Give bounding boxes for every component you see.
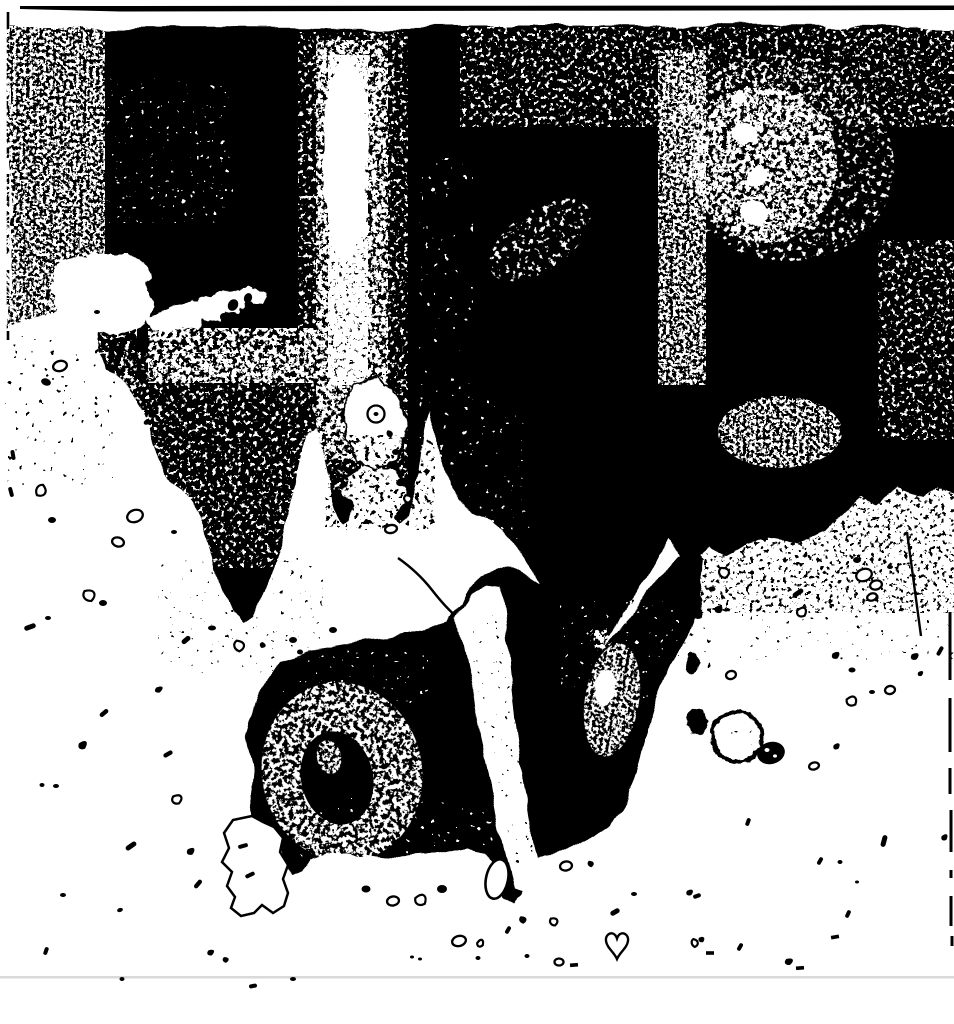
droplet-dot: [869, 690, 875, 694]
bottom-edge-line: [0, 976, 954, 979]
droplet-dot: [171, 530, 177, 534]
chunk-lower-texture: [470, 400, 530, 540]
right-low-spatter: [740, 600, 954, 660]
cheek-band-texture: [148, 328, 333, 383]
droplet-dash: [796, 966, 804, 970]
right-edge-texture: [878, 240, 954, 440]
droplet-dot: [297, 650, 303, 655]
blob-top-speck-texture: [283, 648, 428, 703]
left-column-texture: [5, 26, 105, 331]
droplet-ring: [559, 861, 572, 872]
blob-bottom-speck-texture: [298, 798, 508, 858]
droplet-dot: [437, 885, 447, 893]
droplet-dot: [855, 881, 859, 884]
droplet-dot: [838, 860, 843, 864]
droplet-ring: [386, 896, 399, 907]
drip-spur-2: [685, 653, 699, 673]
droplet-dot: [48, 517, 56, 523]
cheek-texture: [118, 352, 325, 568]
stream-speckle-bright: [328, 55, 368, 385]
droplet-dot: [289, 637, 297, 643]
droplet-dot: [40, 783, 45, 787]
droplet-dot: [525, 954, 530, 958]
drip-spur-1: [686, 595, 702, 619]
splash-print-canvas: [0, 0, 954, 1024]
droplet-dot: [476, 956, 481, 960]
droplet-dot: [374, 412, 379, 416]
rose-knot-1: [732, 123, 758, 145]
left-margin-spatter: [5, 335, 115, 485]
blob-right-speck-texture: [560, 600, 680, 700]
droplet-ring: [555, 959, 564, 966]
droplet-dot: [853, 557, 861, 563]
droplet-dot: [329, 627, 337, 633]
pendant-glint-1: [765, 748, 770, 752]
droplet-dot: [220, 313, 228, 321]
droplet-dot: [290, 977, 296, 981]
droplet-ring: [884, 685, 895, 695]
rose-knot-2: [747, 167, 767, 185]
droplet-dot: [849, 668, 856, 673]
right-band-texture: [718, 396, 842, 468]
droplet-dot: [45, 616, 51, 620]
droplet-dot: [362, 886, 371, 893]
droplet-dot: [94, 310, 100, 314]
droplet-outline: [691, 938, 698, 947]
leftblob-marks-texture: [158, 182, 233, 222]
stem-streak-texture: [658, 50, 706, 385]
droplet-dot: [99, 600, 107, 606]
rose-knot-3: [741, 201, 769, 225]
bubble-speck-texture: [720, 720, 754, 754]
droplet-dot: [208, 626, 216, 631]
pendant-glint-2: [773, 754, 777, 757]
droplet-dot: [120, 977, 125, 981]
droplet-dot: [60, 893, 66, 897]
artwork-page: [0, 0, 954, 1024]
droplet-dot: [392, 449, 400, 455]
droplet-dash: [706, 951, 714, 955]
droplet-dot: [887, 565, 893, 569]
rose-knot-4: [731, 91, 747, 105]
droplet-dot: [418, 958, 422, 961]
art-layers: [0, 0, 954, 1024]
droplet-dot: [410, 956, 414, 959]
droplet-ring: [384, 524, 397, 534]
under-stream-spatter: [325, 435, 435, 530]
droplet-dot: [709, 587, 716, 592]
droplet-dot: [53, 784, 59, 788]
droplet-dash: [570, 963, 578, 967]
droplet-dot: [631, 892, 637, 896]
drip-spur-3: [687, 708, 707, 736]
